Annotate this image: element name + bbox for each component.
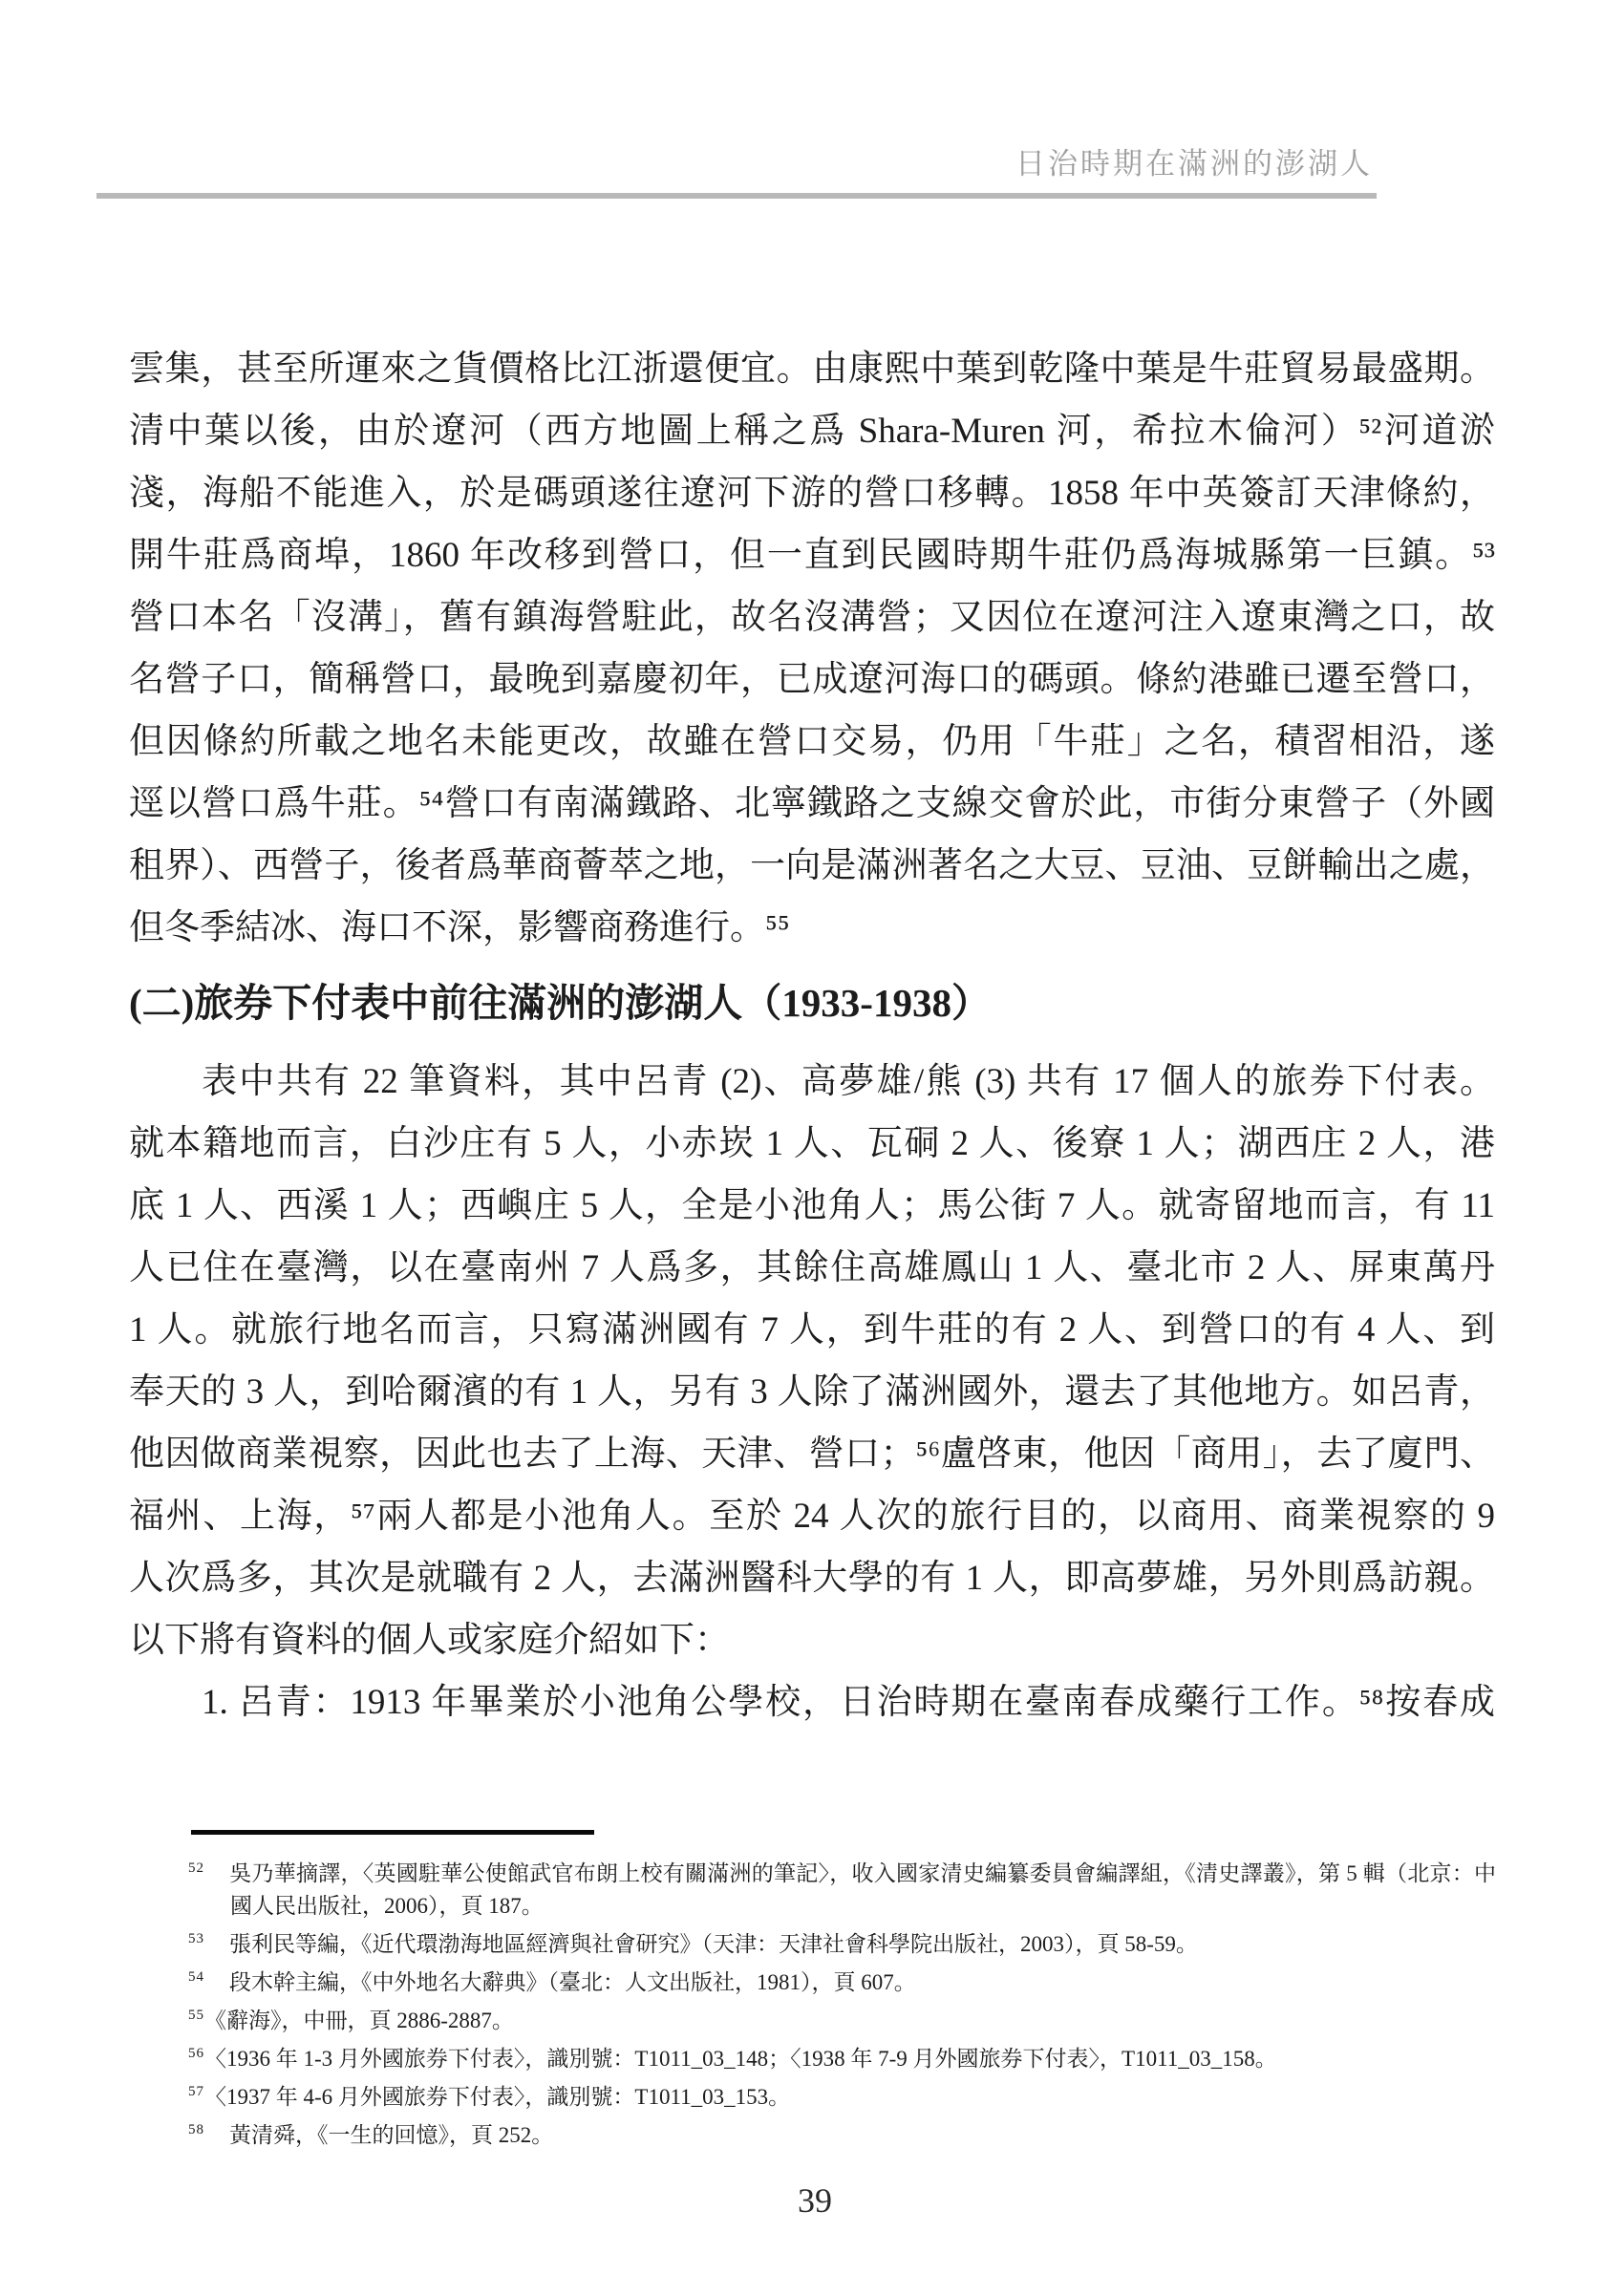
footnote: 52吳乃華摘譯，〈英國駐華公使館武官布朗上校有關滿洲的筆記〉，收入國家清史編纂委…: [188, 1852, 1496, 1923]
footnote-text: 〈1937 年 4-6 月外國旅券下付表〉，識別號：T1011_03_153。: [204, 2085, 790, 2109]
main-text: 雲集，甚至所運來之貨價格比江浙還便宜。由康熙中葉到乾隆中葉是牛莊貿易最盛期。 清…: [129, 338, 1495, 1733]
footnote-text: 黃清舜，《一生的回憶》，頁 252。: [204, 2123, 553, 2147]
text-line: 人次爲多，其次是就職有 2 人，去滿洲醫科大學的有 1 人，即高夢雄，另外則爲訪…: [129, 1547, 1495, 1609]
footnote-number: 55: [188, 2008, 204, 2023]
text-line: 雲集，甚至所運來之貨價格比江浙還便宜。由康熙中葉到乾隆中葉是牛莊貿易最盛期。: [129, 338, 1495, 400]
text-line: 他因做商業視察，因此也去了上海、天津、營口；⁵⁶盧啓東，他因「商用」，去了廈門、: [129, 1423, 1495, 1485]
text-line: 底 1 人、西溪 1 人；西嶼庄 5 人，全是小池角人；馬公街 7 人。就寄留地…: [129, 1175, 1495, 1237]
footnote-text: 張利民等編，《近代環渤海地區經濟與社會研究》（天津：天津社會科學院出版社，200…: [204, 1932, 1198, 1956]
footnotes: 52吳乃華摘譯，〈英國駐華公使館武官布朗上校有關滿洲的筆記〉，收入國家清史編纂委…: [188, 1852, 1496, 2152]
text-line: 名營子口，簡稱營口，最晚到嘉慶初年，已成遼河海口的碼頭。條約港雖已遷至營口，: [129, 648, 1495, 711]
text-line: 以下將有資料的個人或家庭介紹如下：: [129, 1609, 1495, 1671]
footnote-number: 54: [188, 1969, 204, 1985]
text-line: 清中葉以後，由於遼河（西方地圖上稱之爲 Shara-Muren 河，希拉木倫河）…: [129, 400, 1495, 462]
footnote-number: 56: [188, 2046, 204, 2061]
footnote: 57〈1937 年 4-6 月外國旅券下付表〉，識別號：T1011_03_153…: [188, 2075, 1496, 2114]
text-line: 但因條約所載之地名未能更改，故雖在營口交易，仍用「牛莊」之名，積習相沿，遂: [129, 711, 1495, 773]
text-line: 開牛莊爲商埠，1860 年改移到營口，但一直到民國時期牛莊仍爲海城縣第一巨鎮。⁵…: [129, 524, 1495, 586]
footnote: 53張利民等編，《近代環渤海地區經濟與社會研究》（天津：天津社會科學院出版社，2…: [188, 1923, 1496, 1961]
text-line: 奉天的 3 人，到哈爾濱的有 1 人，另有 3 人除了滿洲國外，還去了其他地方。…: [129, 1361, 1495, 1423]
footnote-number: 52: [188, 1860, 204, 1876]
footnote: 56〈1936 年 1-3 月外國旅券下付表〉，識別號：T1011_03_148…: [188, 2037, 1496, 2075]
paragraph-1: 雲集，甚至所運來之貨價格比江浙還便宜。由康熙中葉到乾隆中葉是牛莊貿易最盛期。 清…: [129, 338, 1495, 959]
footnote-number: 53: [188, 1931, 204, 1946]
header-rule: [96, 193, 1377, 199]
page-number: 39: [0, 2180, 1624, 2221]
text-line: 1 人。就旅行地名而言，只寫滿洲國有 7 人，到牛莊的有 2 人、到營口的有 4…: [129, 1299, 1495, 1361]
text-line: 人已住在臺灣，以在臺南州 7 人爲多，其餘住高雄鳳山 1 人、臺北市 2 人、屏…: [129, 1237, 1495, 1299]
text-line: 福州、上海，⁵⁷兩人都是小池角人。至於 24 人次的旅行目的，以商用、商業視察的…: [129, 1485, 1495, 1547]
text-line: 1. 呂青：1913 年畢業於小池角公學校，日治時期在臺南春成藥行工作。⁵⁸按春…: [129, 1671, 1495, 1733]
text-line: 逕以營口爲牛莊。⁵⁴營口有南滿鐵路、北寧鐵路之支線交會於此，市街分東營子（外國: [129, 773, 1495, 835]
text-line: 表中共有 22 筆資料，其中呂青 (2)、高夢雄/熊 (3) 共有 17 個人的…: [129, 1051, 1495, 1113]
footnote-number: 57: [188, 2084, 204, 2099]
text-line: 淺，海船不能進入，於是碼頭遂往遼河下游的營口移轉。1858 年中英簽訂天津條約，: [129, 462, 1495, 524]
paragraph-3-list-item: 1. 呂青：1913 年畢業於小池角公學校，日治時期在臺南春成藥行工作。⁵⁸按春…: [129, 1671, 1495, 1733]
text-line: 就本籍地而言，白沙庄有 5 人，小赤崁 1 人、瓦硐 2 人、後寮 1 人；湖西…: [129, 1113, 1495, 1175]
footnote-separator: [191, 1830, 594, 1835]
text-line: 租界）、西營子，後者爲華商薈萃之地，一向是滿洲著名之大豆、豆油、豆餅輸出之處，: [129, 835, 1495, 897]
document-page: 日治時期在滿洲的澎湖人 雲集，甚至所運來之貨價格比江浙還便宜。由康熙中葉到乾隆中…: [0, 0, 1624, 2296]
text-line: 但冬季結冰、海口不深，影響商務進行。⁵⁵: [129, 897, 1495, 959]
footnote: 55《辭海》，中冊，頁 2886-2887。: [188, 1999, 1496, 2037]
footnote-text: 段木幹主編，《中外地名大辭典》（臺北：人文出版社，1981），頁 607。: [204, 1970, 916, 1994]
footnote: 54段木幹主編，《中外地名大辭典》（臺北：人文出版社，1981），頁 607。: [188, 1961, 1496, 1999]
footnote-text: 《辭海》，中冊，頁 2886-2887。: [204, 2009, 514, 2032]
running-header-title: 日治時期在滿洲的澎湖人: [0, 139, 1373, 182]
text-line: 營口本名「沒溝」，舊有鎮海營駐此，故名沒溝營；又因位在遼河注入遼東灣之口，故: [129, 586, 1495, 648]
paragraph-2: 表中共有 22 筆資料，其中呂青 (2)、高夢雄/熊 (3) 共有 17 個人的…: [129, 1051, 1495, 1671]
footnote-text: 吳乃華摘譯，〈英國駐華公使館武官布朗上校有關滿洲的筆記〉，收入國家清史編纂委員會…: [204, 1861, 1496, 1918]
footnote-text: 〈1936 年 1-3 月外國旅券下付表〉，識別號：T1011_03_148；〈…: [204, 2047, 1277, 2071]
footnote-number: 58: [188, 2122, 204, 2137]
section-heading: (二)旅券下付表中前往滿洲的澎湖人（1933-1938）: [129, 972, 1495, 1034]
footnote: 58黃清舜，《一生的回憶》，頁 252。: [188, 2114, 1496, 2152]
